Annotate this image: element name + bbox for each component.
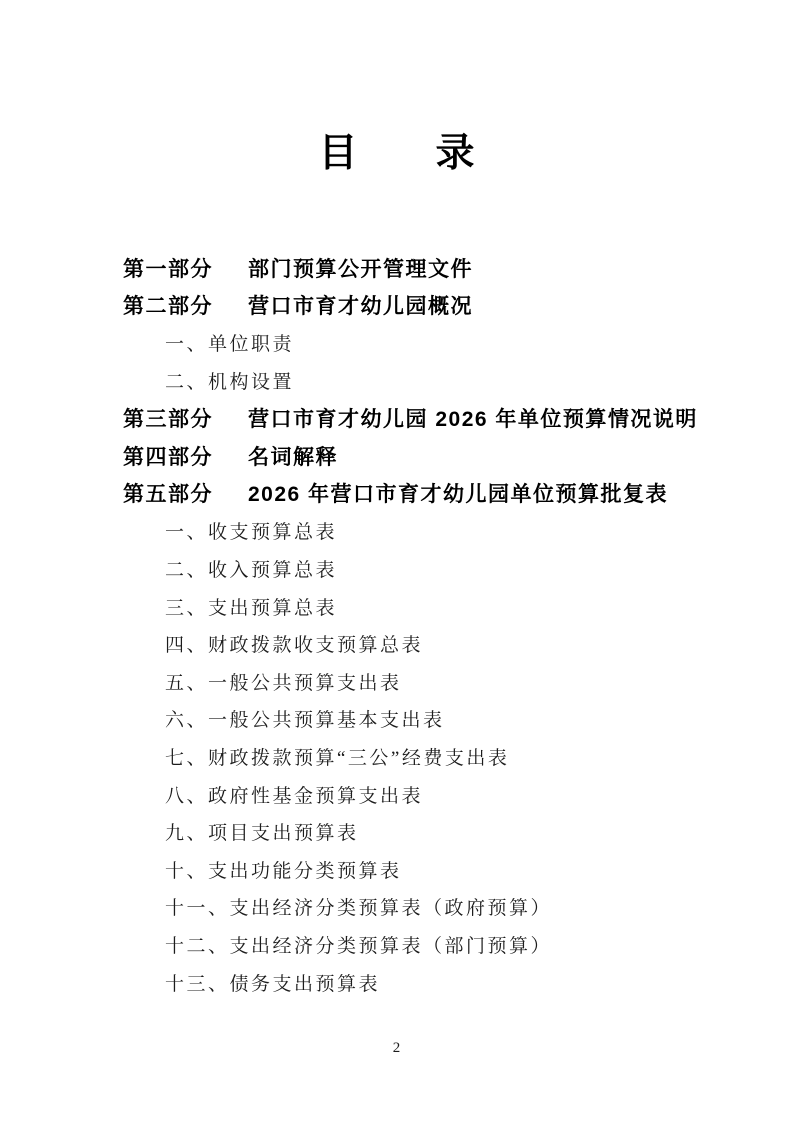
toc-sub-text: 一、收支预算总表 — [165, 517, 337, 544]
toc-part-title: 名词解释 — [248, 441, 338, 471]
toc-part-entry: 第三部分营口市育才幼儿园 2026 年单位预算情况说明 — [123, 399, 743, 437]
page-title: 目 录 — [0, 130, 793, 178]
toc-sub-entry: 二、收入预算总表 — [123, 550, 743, 588]
toc-part-entry: 第四部分名词解释 — [123, 437, 743, 475]
toc-sub-entry: 五、一般公共预算支出表 — [123, 663, 743, 701]
toc-sub-entry: 六、一般公共预算基本支出表 — [123, 700, 743, 738]
toc-sub-entry: 十二、支出经济分类预算表（部门预算） — [123, 926, 743, 964]
toc-sub-text: 五、一般公共预算支出表 — [165, 668, 402, 695]
toc-sub-entry: 十三、债务支出预算表 — [123, 963, 743, 1001]
toc-sub-entry: 四、财政拨款收支预算总表 — [123, 625, 743, 663]
toc-sub-entry: 一、单位职责 — [123, 324, 743, 362]
toc-part-label: 第一部分 — [123, 253, 248, 283]
toc-part-label: 第二部分 — [123, 290, 248, 320]
document-page: 目 录 第一部分部门预算公开管理文件第二部分营口市育才幼儿园概况一、单位职责二、… — [0, 0, 793, 1122]
toc-sub-text: 八、政府性基金预算支出表 — [165, 781, 423, 808]
toc-part-entry: 第一部分部门预算公开管理文件 — [123, 249, 743, 287]
toc-sub-entry: 二、机构设置 — [123, 362, 743, 400]
toc-sub-text: 六、一般公共预算基本支出表 — [165, 705, 445, 732]
toc-sub-text: 九、项目支出预算表 — [165, 818, 359, 845]
toc-part-label: 第五部分 — [123, 478, 248, 508]
toc-sub-text: 二、收入预算总表 — [165, 555, 337, 582]
toc-sub-text: 一、单位职责 — [165, 329, 294, 356]
toc-sub-entry: 九、项目支出预算表 — [123, 813, 743, 851]
toc-part-title: 营口市育才幼儿园概况 — [248, 290, 473, 320]
toc-part-label: 第三部分 — [123, 403, 248, 433]
toc-sub-text: 十二、支出经济分类预算表（部门预算） — [165, 931, 552, 958]
toc-part-entry: 第五部分2026 年营口市育才幼儿园单位预算批复表 — [123, 475, 743, 513]
toc-sub-entry: 一、收支预算总表 — [123, 512, 743, 550]
page-number: 2 — [0, 1040, 793, 1057]
toc-part-title: 部门预算公开管理文件 — [248, 253, 473, 283]
toc-sub-text: 十一、支出经济分类预算表（政府预算） — [165, 893, 552, 920]
toc-part-title: 2026 年营口市育才幼儿园单位预算批复表 — [248, 478, 668, 508]
toc-sub-entry: 十一、支出经济分类预算表（政府预算） — [123, 888, 743, 926]
toc-sub-text: 十三、债务支出预算表 — [165, 969, 380, 996]
toc-part-label: 第四部分 — [123, 441, 248, 471]
toc-sub-text: 二、机构设置 — [165, 367, 294, 394]
toc-sub-text: 四、财政拨款收支预算总表 — [165, 630, 423, 657]
toc-part-title: 营口市育才幼儿园 2026 年单位预算情况说明 — [248, 403, 698, 433]
toc-part-entry: 第二部分营口市育才幼儿园概况 — [123, 287, 743, 325]
toc-sub-entry: 十、支出功能分类预算表 — [123, 851, 743, 889]
toc-list: 第一部分部门预算公开管理文件第二部分营口市育才幼儿园概况一、单位职责二、机构设置… — [123, 249, 743, 1001]
toc-sub-text: 七、财政拨款预算“三公”经费支出表 — [165, 743, 509, 770]
toc-sub-text: 三、支出预算总表 — [165, 593, 337, 620]
toc-sub-entry: 三、支出预算总表 — [123, 587, 743, 625]
toc-sub-entry: 七、财政拨款预算“三公”经费支出表 — [123, 738, 743, 776]
toc-sub-text: 十、支出功能分类预算表 — [165, 856, 402, 883]
toc-sub-entry: 八、政府性基金预算支出表 — [123, 775, 743, 813]
